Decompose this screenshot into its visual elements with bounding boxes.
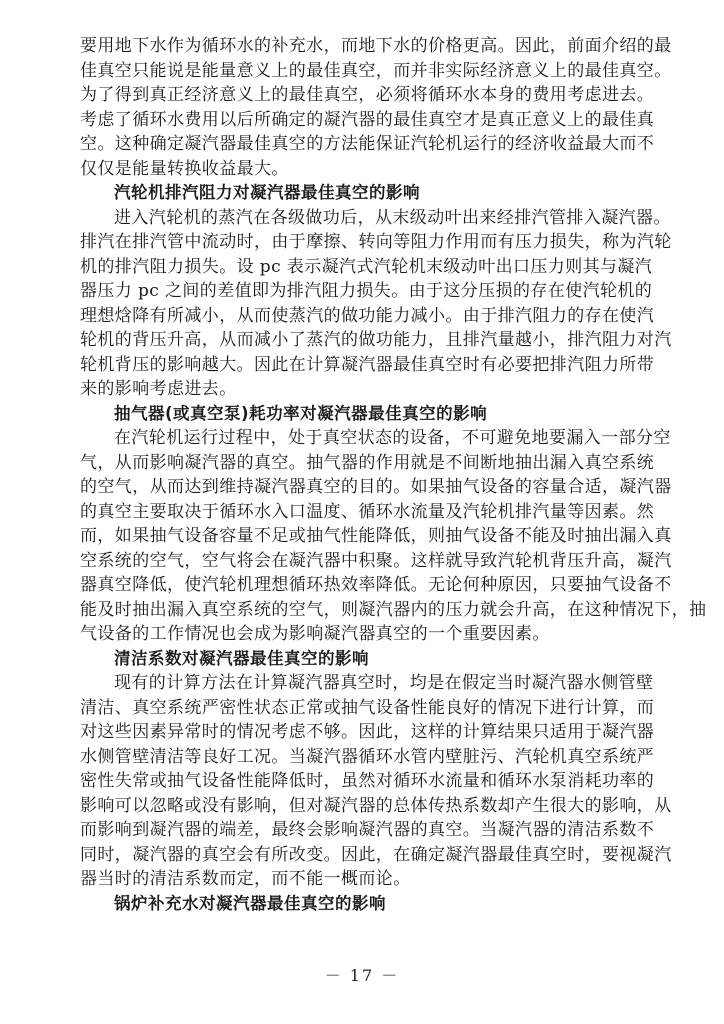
section-heading: 抽气器(或真空泵)耗功率对凝汽器最佳真空的影响 [80, 402, 680, 427]
paragraph-line: 现有的计算方法在计算凝汽器真空时，均是在假定当时凝汽器水侧管壁 [80, 671, 680, 696]
page-number: － 17 － [0, 963, 724, 986]
paragraph-line: 仅仅是能量转换收益最大。 [80, 157, 680, 182]
paragraph-line: 轮机的背压升高，从而减小了蒸汽的做功能力，且排汽量越小，排汽阻力对汽 [80, 328, 680, 353]
paragraph-line: 器当时的清洁系数而定，而不能一概而论。 [80, 867, 680, 892]
paragraph-line: 为了得到真正经济意义上的最佳真空，必须将循环水本身的费用考虑进去。 [80, 83, 680, 108]
paragraph-line: 进入汽轮机的蒸汽在各级做功后，从末级动叶出来经排汽管排入凝汽器。 [80, 206, 680, 231]
paragraph-line: 而影响到凝汽器的端差，最终会影响凝汽器的真空。当凝汽器的清洁系数不 [80, 818, 680, 843]
section-heading: 清洁系数对凝汽器最佳真空的影响 [80, 647, 680, 672]
paragraph-line: 考虑了循环水费用以后所确定的凝汽器的最佳真空才是真正意义上的最佳真 [80, 108, 680, 133]
paragraph-line: 空。这种确定凝汽器最佳真空的方法能保证汽轮机运行的经济收益最大而不 [80, 132, 680, 157]
paragraph-line: 佳真空只能说是能量意义上的最佳真空，而并非实际经济意义上的最佳真空。 [80, 59, 680, 84]
paragraph-line: 密性失常或抽气设备性能降低时，虽然对循环水流量和循环水泵消耗功率的 [80, 769, 680, 794]
paragraph-line: 在汽轮机运行过程中，处于真空状态的设备，不可避免地要漏入一部分空 [80, 426, 680, 451]
paragraph-line: 能及时抽出漏入真空系统的空气，则凝汽器内的压力就会升高，在这种情况下，抽 [80, 598, 680, 623]
paragraph-line: 影响可以忽略或没有影响，但对凝汽器的总体传热系数却产生很大的影响，从 [80, 794, 680, 819]
paragraph-line: 的空气，从而达到维持凝汽器真空的目的。如果抽气设备的容量合适，凝汽器 [80, 475, 680, 500]
paragraph-line: 机的排汽阻力损失。设 pc 表示凝汽式汽轮机末级动叶出口压力则其与凝汽 [80, 255, 680, 280]
paragraph-line: 要用地下水作为循环水的补充水，而地下水的价格更高。因此，前面介绍的最 [80, 34, 680, 59]
paragraph-line: 气，从而影响凝汽器的真空。抽气器的作用就是不间断地抽出漏入真空系统 [80, 451, 680, 476]
paragraph-line: 清洁、真空系统严密性状态正常或抽气设备性能良好的情况下进行计算，而 [80, 696, 680, 721]
paragraph-line: 排汽在排汽管中流动时，由于摩擦、转向等阻力作用而有压力损失，称为汽轮 [80, 230, 680, 255]
paragraph-line: 来的影响考虑进去。 [80, 377, 680, 402]
section-heading: 汽轮机排汽阻力对凝汽器最佳真空的影响 [80, 181, 680, 206]
paragraph-line: 器真空降低，使汽轮机理想循环热效率降低。无论何种原因，只要抽气设备不 [80, 573, 680, 598]
section-heading: 锅炉补充水对凝汽器最佳真空的影响 [80, 892, 680, 917]
paragraph-line: 的真空主要取决于循环水入口温度、循环水流量及汽轮机排汽量等因素。然 [80, 500, 680, 525]
paragraph-line: 水侧管壁清洁等良好工况。当凝汽器循环水管内壁脏污、汽轮机真空系统严 [80, 745, 680, 770]
paragraph-line: 而，如果抽气设备容量不足或抽气性能降低，则抽气设备不能及时抽出漏入真 [80, 524, 680, 549]
paragraph-line: 轮机背压的影响越大。因此在计算凝汽器最佳真空时有必要把排汽阻力所带 [80, 353, 680, 378]
paragraph-line: 对这些因素异常时的情况考虑不够。因此，这样的计算结果只适用于凝汽器 [80, 720, 680, 745]
paragraph-line: 气设备的工作情况也会成为影响凝汽器真空的一个重要因素。 [80, 622, 680, 647]
paragraph-line: 同时，凝汽器的真空会有所改变。因此，在确定凝汽器最佳真空时，要视凝汽 [80, 843, 680, 868]
paragraph-line: 空系统的空气，空气将会在凝汽器中积聚。这样就导致汽轮机背压升高，凝汽 [80, 549, 680, 574]
document-body: 要用地下水作为循环水的补充水，而地下水的价格更高。因此，前面介绍的最佳真空只能说… [80, 34, 680, 916]
paragraph-line: 理想焓降有所减小，从而使蒸汽的做功能力减小。由于排汽阻力的存在使汽 [80, 304, 680, 329]
paragraph-line: 器压力 pc 之间的差值即为排汽阻力损失。由于这分压损的存在使汽轮机的 [80, 279, 680, 304]
